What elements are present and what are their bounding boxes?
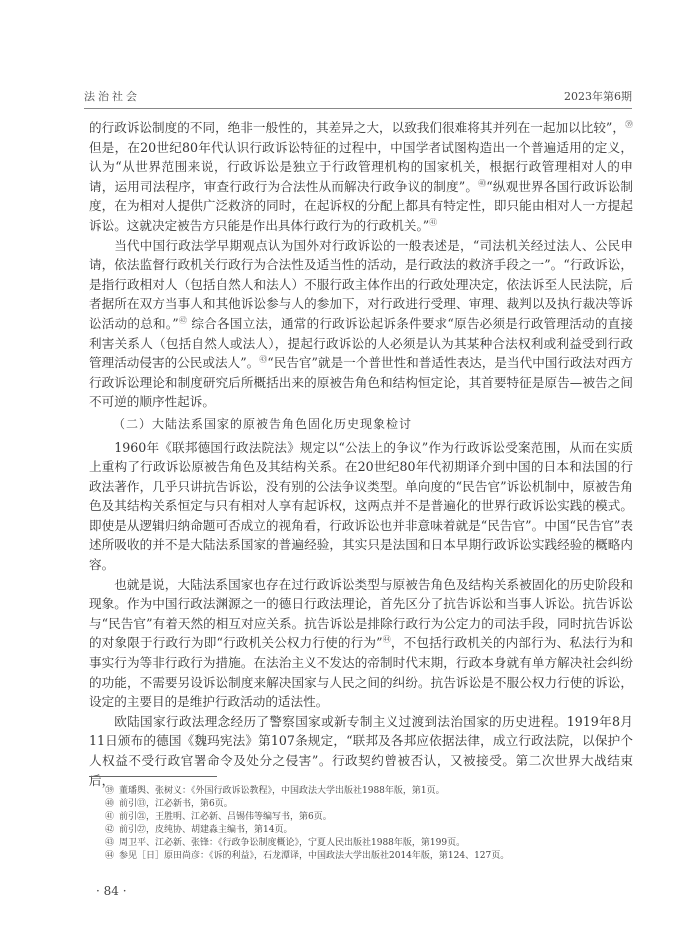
paragraph: 当代中国行政法学早期观点认为国外对行政诉讼的一般表述是，“司法机关经过法人、公民… [89, 236, 633, 412]
page-number: · 84 · [96, 884, 127, 898]
footnote-mark: ㊷ [105, 824, 119, 837]
paragraph-continued: 的行政诉讼制度的不同，绝非一般性的，其差异之大，以致我们很难将其并列在一起加以比… [89, 118, 633, 236]
running-header: 法治社会 2023年第6期 [84, 84, 632, 109]
footnote-text: 前引㉑，王胜明、江必新、吕锡伟等编写书，第6页。 [119, 812, 332, 822]
footnote-item: ㊵前引⑬，江必新书，第6页。 [105, 798, 625, 811]
paragraph: 1960年《联邦德国行政法院法》规定以“公法上的争议”作为行政诉讼受案范围，从而… [89, 438, 633, 575]
footnote-ref[interactable]: ㊹ [383, 635, 391, 644]
article-body: 的行政诉讼制度的不同，绝非一般性的，其差异之大，以致我们很难将其并列在一起加以比… [89, 118, 633, 790]
footnote-text: 周卫平、江必新、张锋：《行政争讼制度概论》，宁夏人民出版社1988年版，第199… [119, 838, 465, 848]
footnote-item: ㊶前引㉑，王胜明、江必新、吕锡伟等编写书，第6页。 [105, 811, 625, 824]
footnote-text: 参见［日］原田尚彦：《诉的利益》，石龙潭译，中国政法大学出版社2014年版，第1… [119, 851, 509, 861]
footnote-mark: ㊹ [105, 850, 119, 863]
footnote-item: ㊴董璠舆、张树义：《外国行政诉讼教程》，中国政法大学出版社1988年版，第1页。 [105, 785, 625, 798]
footnote-text: 前引⑬，江必新书，第6页。 [119, 799, 233, 809]
footnote-item: ㊷前引㉗，皮纯协、胡建淼主编书，第14页。 [105, 824, 625, 837]
footnote-text: 董璠舆、张树义：《外国行政诉讼教程》，中国政法大学出版社1988年版，第1页。 [119, 786, 445, 796]
footnote-item: ㊹参见［日］原田尚彦：《诉的利益》，石龙潭译，中国政法大学出版社2014年版，第… [105, 850, 625, 863]
footnote-text: 前引㉗，皮纯协、胡建淼主编书，第14页。 [119, 825, 292, 835]
footnote-mark: ㊶ [105, 811, 119, 824]
footnote-mark: ㊸ [105, 837, 119, 850]
paragraph: 也就是说，大陆法系国家也存在过行政诉讼类型与原被告角色及结构关系被固化的历史阶段… [89, 575, 633, 712]
footnotes: ㊴董璠舆、张树义：《外国行政诉讼教程》，中国政法大学出版社1988年版，第1页。… [105, 785, 625, 863]
issue-label: 2023年第6期 [564, 88, 632, 104]
footnote-divider [89, 776, 217, 777]
footnote-ref[interactable]: ㊶ [429, 218, 437, 227]
section-heading: （二）大陆法系国家的原被告角色固化历史现象检讨 [89, 415, 633, 435]
text-run: 的行政诉讼制度的不同，绝非一般性的，其差异之大，以致我们很难将其并列在一起加以比… [89, 120, 625, 135]
footnote-mark: ㊴ [105, 785, 119, 798]
footnote-ref[interactable]: ㊴ [625, 120, 633, 129]
journal-title: 法治社会 [84, 88, 140, 104]
footnote-mark: ㊵ [105, 798, 119, 811]
paragraph: 欧陆国家行政法理念经历了警察国家或新专制主义过渡到法治国家的历史进程。1919年… [89, 712, 633, 790]
footnote-ref[interactable]: ㊷ [179, 316, 187, 325]
footnote-item: ㊸周卫平、江必新、张锋：《行政争讼制度概论》，宁夏人民出版社1988年版，第19… [105, 837, 625, 850]
